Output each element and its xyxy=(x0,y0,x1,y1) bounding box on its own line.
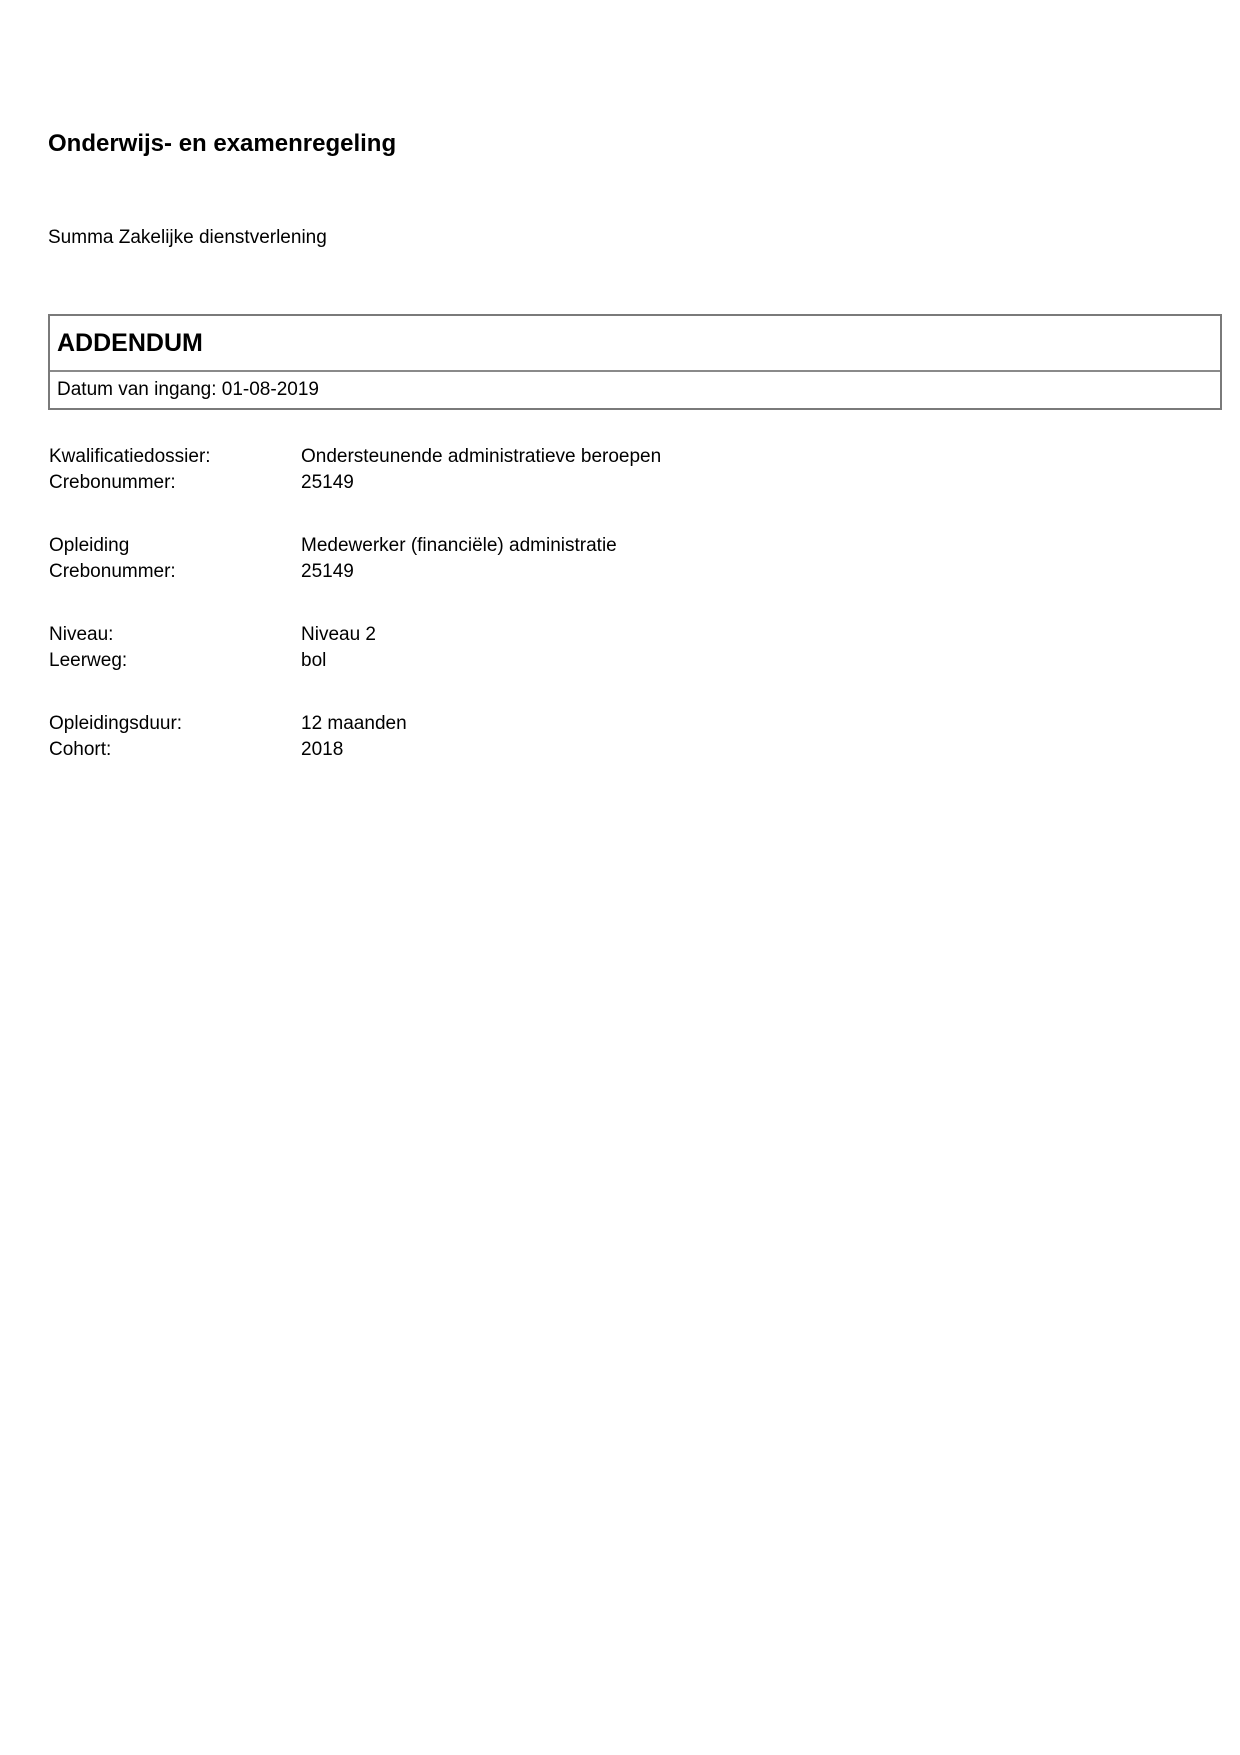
info-row: Cohort: 2018 xyxy=(49,737,407,763)
document-subtitle: Summa Zakelijke dienstverlening xyxy=(48,226,327,250)
info-value: 2018 xyxy=(301,737,343,763)
addendum-heading: ADDENDUM xyxy=(50,316,1220,372)
info-value: 25149 xyxy=(301,470,354,496)
info-label: Crebonummer: xyxy=(49,559,301,585)
info-value: 25149 xyxy=(301,559,354,585)
addendum-effective-date: Datum van ingang: 01-08-2019 xyxy=(50,372,1220,408)
info-value: 12 maanden xyxy=(301,711,407,737)
info-row: Kwalificatiedossier: Ondersteunende admi… xyxy=(49,444,661,470)
info-label: Opleidingsduur: xyxy=(49,711,301,737)
info-row: Niveau: Niveau 2 xyxy=(49,622,376,648)
info-group-level: Niveau: Niveau 2 Leerweg: bol xyxy=(49,622,376,674)
info-value: Ondersteunende administratieve beroepen xyxy=(301,444,661,470)
info-row: Opleiding Medewerker (financiële) admini… xyxy=(49,533,617,559)
info-label: Cohort: xyxy=(49,737,301,763)
info-row: Opleidingsduur: 12 maanden xyxy=(49,711,407,737)
info-group-education: Opleiding Medewerker (financiële) admini… xyxy=(49,533,617,585)
info-value: bol xyxy=(301,648,326,674)
info-label: Leerweg: xyxy=(49,648,301,674)
info-value: Medewerker (financiële) administratie xyxy=(301,533,617,559)
info-label: Kwalificatiedossier: xyxy=(49,444,301,470)
info-group-qualification: Kwalificatiedossier: Ondersteunende admi… xyxy=(49,444,661,496)
info-row: Crebonummer: 25149 xyxy=(49,559,617,585)
info-group-duration: Opleidingsduur: 12 maanden Cohort: 2018 xyxy=(49,711,407,763)
info-label: Opleiding xyxy=(49,533,301,559)
info-label: Crebonummer: xyxy=(49,470,301,496)
info-row: Crebonummer: 25149 xyxy=(49,470,661,496)
info-value: Niveau 2 xyxy=(301,622,376,648)
addendum-box: ADDENDUM Datum van ingang: 01-08-2019 xyxy=(48,314,1222,410)
document-title: Onderwijs- en examenregeling xyxy=(48,130,396,158)
info-label: Niveau: xyxy=(49,622,301,648)
info-row: Leerweg: bol xyxy=(49,648,376,674)
